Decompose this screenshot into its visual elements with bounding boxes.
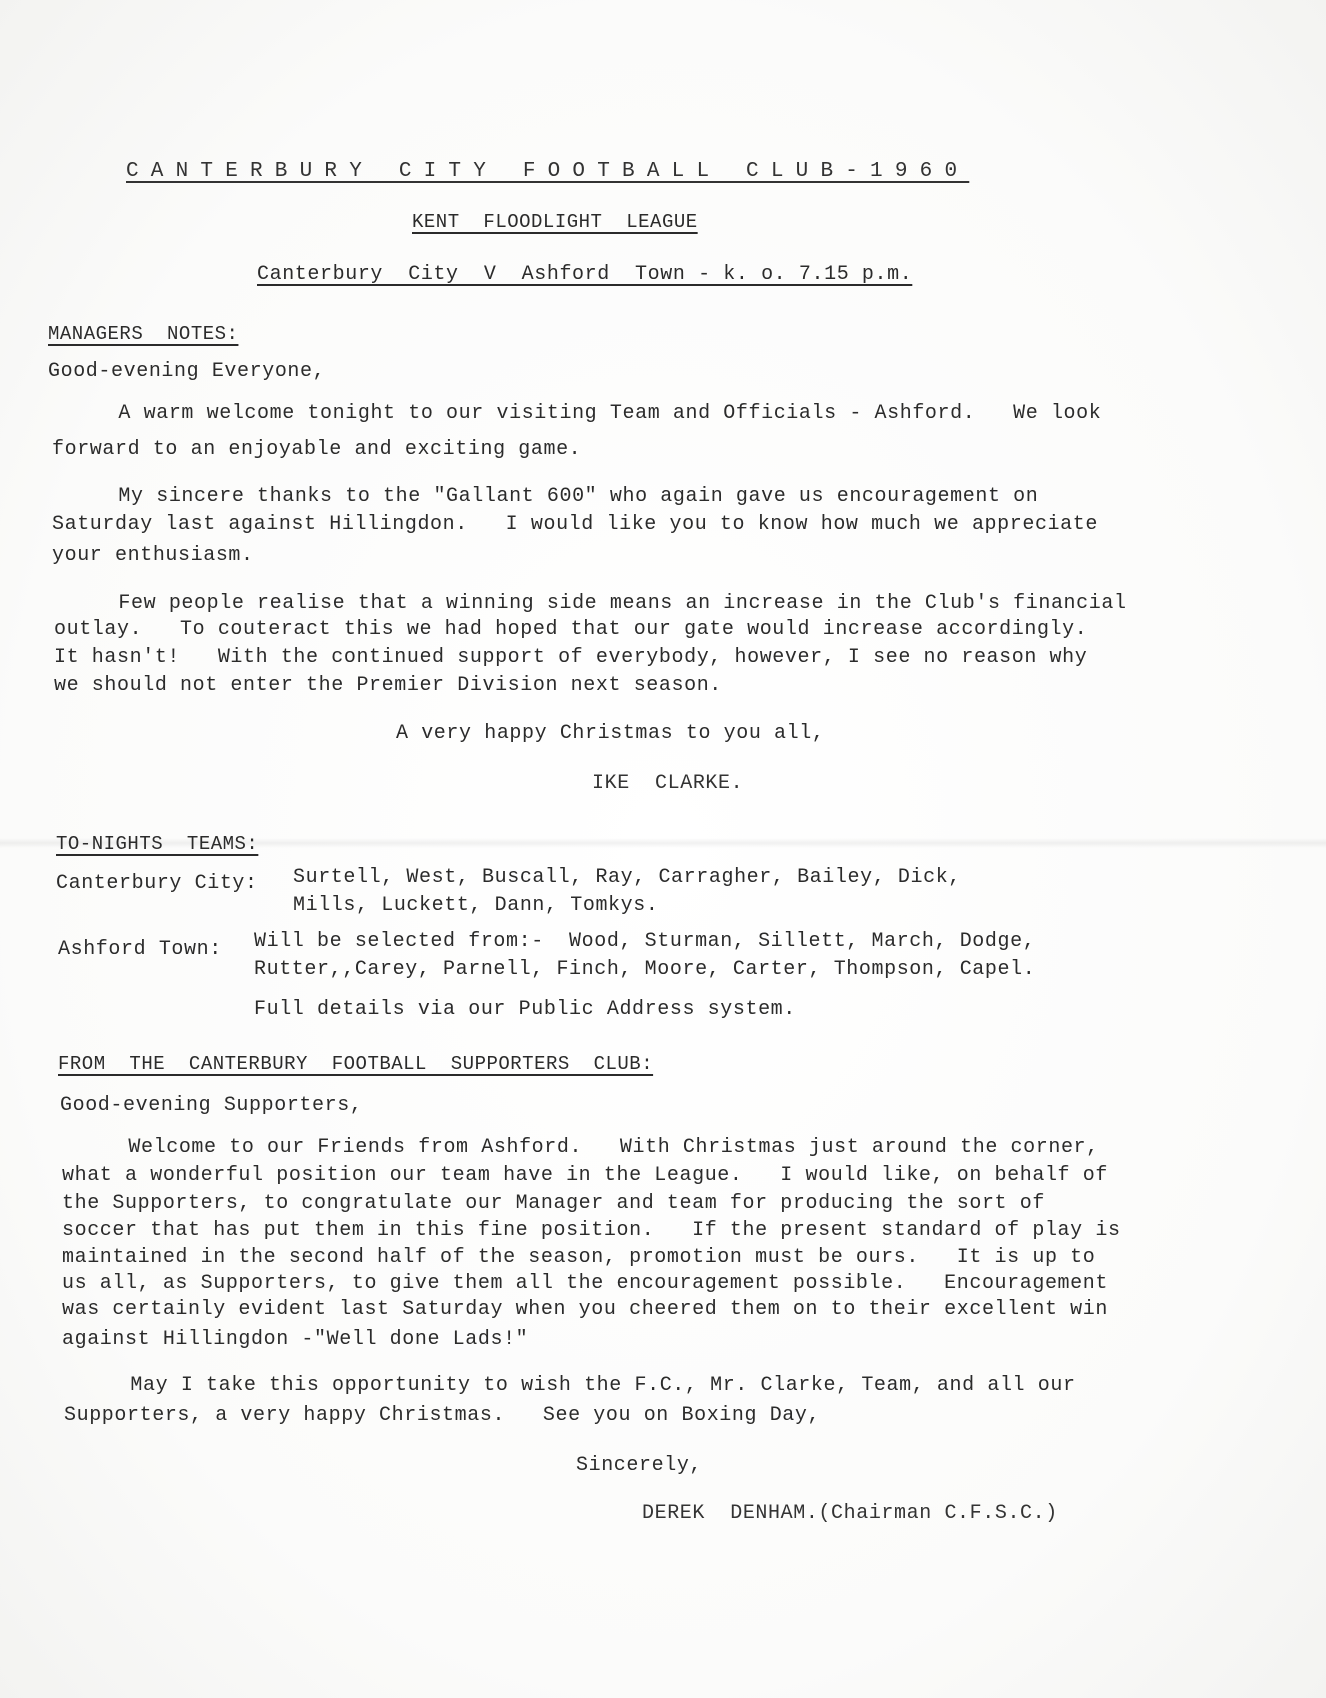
supporters-heading: FROM THE CANTERBURY FOOTBALL SUPPORTERS … bbox=[58, 1052, 653, 1076]
home-team-label: Canterbury City: bbox=[56, 872, 258, 896]
managers-line: My sincere thanks to the "Gallant 600" w… bbox=[68, 485, 1038, 509]
teams-note: Full details via our Public Address syst… bbox=[254, 998, 796, 1022]
managers-closing: A very happy Christmas to you all, bbox=[396, 722, 824, 746]
managers-line: A warm welcome tonight to our visiting T… bbox=[68, 402, 1101, 426]
supporters-line: maintained in the second half of the sea… bbox=[62, 1246, 1095, 1270]
supporters-greeting: Good-evening Supporters, bbox=[60, 1094, 362, 1118]
managers-notes-heading: MANAGERS NOTES: bbox=[48, 322, 238, 346]
supporters-line: the Supporters, to congratulate our Mana… bbox=[62, 1192, 1045, 1216]
supporters-line: what a wonderful position our team have … bbox=[62, 1164, 1108, 1188]
managers-line: Saturday last against Hillingdon. I woul… bbox=[52, 513, 1098, 537]
away-team-players: Rutter,,Carey, Parnell, Finch, Moore, Ca… bbox=[254, 958, 1035, 982]
supporters-line: soccer that has put them in this fine po… bbox=[62, 1219, 1121, 1243]
managers-line: we should not enter the Premier Division… bbox=[54, 674, 722, 698]
supporters-signature: DEREK DENHAM.(Chairman C.F.S.C.) bbox=[642, 1502, 1058, 1526]
supporters-line: us all, as Supporters, to give them all … bbox=[62, 1272, 1108, 1296]
supporters-line: Welcome to our Friends from Ashford. Wit… bbox=[78, 1136, 1099, 1160]
managers-greeting: Good-evening Everyone, bbox=[48, 360, 325, 384]
document-title: CANTERBURY CITY FOOTBALL CLUB-1960 bbox=[126, 160, 969, 184]
managers-line: Few people realise that a winning side m… bbox=[68, 592, 1127, 616]
managers-line: outlay. To couteract this we had hoped t… bbox=[54, 618, 1087, 642]
supporters-closing: Sincerely, bbox=[576, 1454, 702, 1478]
managers-line: forward to an enjoyable and exciting gam… bbox=[52, 438, 581, 462]
home-team-players: Surtell, West, Buscall, Ray, Carragher, … bbox=[293, 866, 961, 890]
supporters-line: was certainly evident last Saturday when… bbox=[62, 1298, 1108, 1322]
managers-line: your enthusiasm. bbox=[52, 544, 254, 568]
teams-heading: TO-NIGHTS TEAMS: bbox=[56, 832, 258, 856]
supporters-line: Supporters, a very happy Christmas. See … bbox=[64, 1404, 820, 1428]
supporters-line: May I take this opportunity to wish the … bbox=[80, 1374, 1076, 1398]
away-team-players: Will be selected from:- Wood, Sturman, S… bbox=[254, 930, 1035, 954]
home-team-players: Mills, Luckett, Dann, Tomkys. bbox=[293, 894, 658, 918]
managers-signature: IKE CLARKE. bbox=[592, 772, 743, 796]
away-team-label: Ashford Town: bbox=[58, 938, 222, 962]
league-heading: KENT FLOODLIGHT LEAGUE bbox=[412, 210, 698, 234]
fixture-line: Canterbury City V Ashford Town - k. o. 7… bbox=[257, 263, 912, 287]
managers-line: It hasn't! With the continued support of… bbox=[54, 646, 1087, 670]
document-page: CANTERBURY CITY FOOTBALL CLUB-1960 KENT … bbox=[0, 0, 1326, 1698]
supporters-line: against Hillingdon -"Well done Lads!" bbox=[62, 1328, 528, 1352]
